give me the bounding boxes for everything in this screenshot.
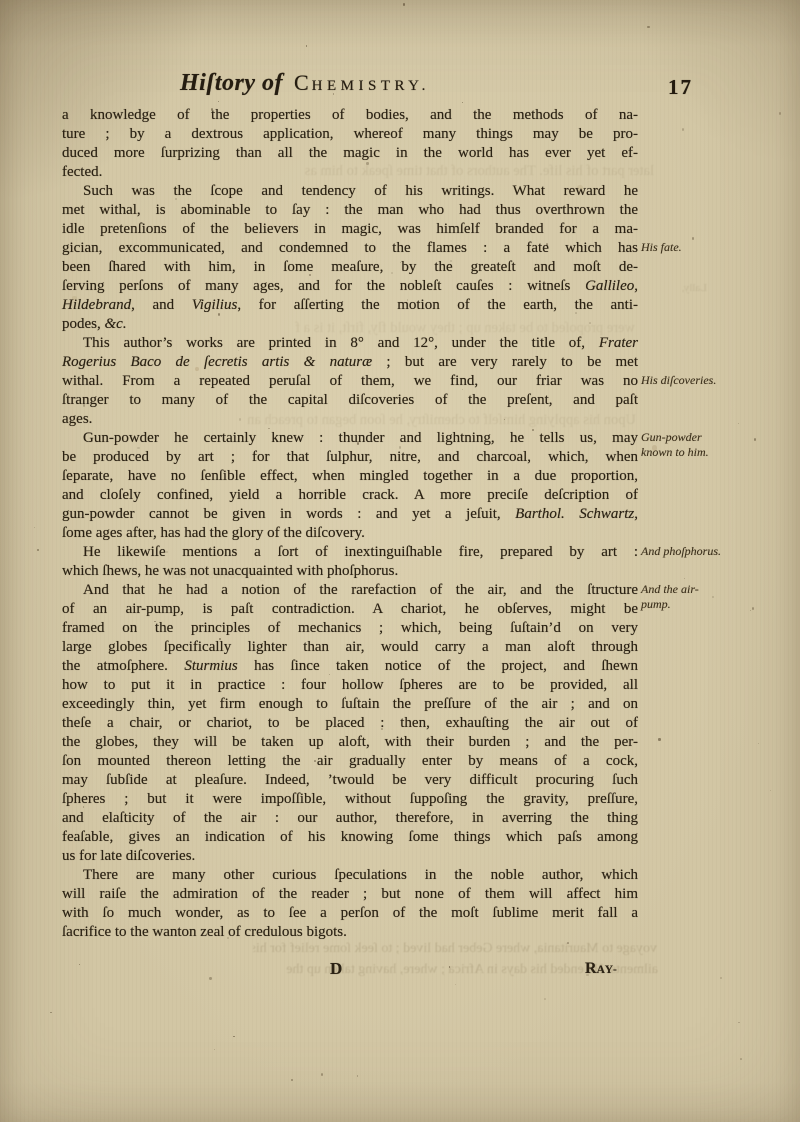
text-line: ſome ages after, has had the glory of th…	[62, 524, 638, 543]
paper-speck	[682, 128, 684, 131]
paper-speck	[214, 1049, 215, 1050]
paper-speck	[218, 101, 219, 102]
text-line: ſpheres ; but it were impoſſible, withou…	[62, 790, 638, 809]
running-header: Hiſtory ofCHEMISTRY.	[180, 70, 430, 97]
text-line: This author’s works are printed in 8° an…	[62, 334, 638, 353]
paper-speck	[209, 977, 211, 979]
text-line: ſacrifice to the wanton zeal of credulou…	[62, 923, 638, 942]
paper-speck	[720, 977, 722, 979]
margin-note: And phoſphorus.	[641, 544, 793, 559]
text-line: duced more ſurprizing than all the magic…	[62, 144, 638, 163]
margin-note: And the air-pump.	[641, 582, 793, 611]
paper-speck	[770, 790, 772, 791]
paper-speck	[738, 423, 739, 424]
text-line: of an air-pump, is paſt contradiction. A…	[62, 600, 638, 619]
paper-speck	[233, 1036, 234, 1038]
text-line: exceedingly thin, yet firm enough to ſuſ…	[62, 695, 638, 714]
paper-speck	[34, 527, 35, 528]
paper-speck	[455, 984, 457, 986]
text-line: withal. From a repeated peruſal of them,…	[62, 372, 638, 391]
text-line: the globes, they will be taken up aloft,…	[62, 733, 638, 752]
bleedthrough-text: voyage to Mauritania, where Geber had li…	[253, 941, 657, 957]
signature-mark: D	[330, 959, 342, 979]
paper-speck	[50, 1012, 52, 1014]
paper-speck	[779, 112, 781, 114]
catchword-initial: R	[585, 960, 597, 977]
text-line: ſon mounted thereon letting the air grad…	[62, 752, 638, 771]
paper-speck	[750, 610, 751, 611]
header-title-caps-initial: C	[294, 70, 312, 95]
paper-speck	[403, 3, 405, 5]
text-line: be produced by art ; for that ſulphur, n…	[62, 448, 638, 467]
paper-speck	[652, 445, 657, 451]
paper-speck	[740, 1058, 742, 1060]
paper-speck	[306, 45, 307, 47]
text-line: met withal, is abominable to ſay : the m…	[62, 201, 638, 220]
paper-speck	[647, 26, 649, 28]
paper-speck	[79, 964, 80, 965]
paper-speck	[758, 743, 759, 744]
text-line: ſeparate, have no ſenſible effect, when …	[62, 467, 638, 486]
text-line: There are many other curious ſpeculation…	[62, 866, 638, 885]
text-line: the atmoſphere. Sturmius has ſince taken…	[62, 657, 638, 676]
text-line: ture ; by a dextrous application, whereo…	[62, 125, 638, 144]
header-title-italic: Hiſtory of	[180, 70, 283, 96]
catchword: RAY-	[585, 960, 618, 978]
paper-speck	[658, 738, 660, 740]
text-line: which ſhews, he was not unacquainted wit…	[62, 562, 638, 581]
text-line: Gun-powder he certainly knew : thunder a…	[62, 429, 638, 448]
text-line: feaſable, gives an indication of his kno…	[62, 828, 638, 847]
text-block: a knowledge of the properties of bodies,…	[62, 106, 638, 942]
paper-speck	[462, 102, 463, 103]
text-line: will raiſe the admiration of the reader …	[62, 885, 638, 904]
margin-note: Gun-powderknown to him.	[641, 430, 793, 459]
text-line: He likewiſe mentions a ſort of inextingu…	[62, 543, 638, 562]
paper-speck	[752, 607, 754, 610]
text-line: And that he had a notion of the rarefact…	[62, 581, 638, 600]
text-line: with ſo much wonder, as to ſee a perſon …	[62, 904, 638, 923]
paper-speck	[684, 578, 685, 579]
text-line: theſe a chair, or chariot, to be placed …	[62, 714, 638, 733]
text-line: fected.	[62, 163, 638, 182]
text-line: Hildebrand, and Vigilius, for aſſerting …	[62, 296, 638, 315]
paper-speck	[754, 438, 756, 441]
text-line: ages.	[62, 410, 638, 429]
text-line: and cloſely confined, yield a horrible c…	[62, 486, 638, 505]
text-line: podes, &c.	[62, 315, 638, 334]
paper-speck	[692, 237, 694, 239]
text-line: ſtranger to many of the capital diſcover…	[62, 391, 638, 410]
paper-speck	[673, 375, 675, 377]
text-line: ſerving perſons of many ages, and for th…	[62, 277, 638, 296]
text-line: how to put it in practice : four hollow …	[62, 676, 638, 695]
text-line: us for late diſcoveries.	[62, 847, 638, 866]
text-line: gician, excommunicated, and condemned to…	[62, 239, 638, 258]
page-number: 17	[668, 75, 693, 100]
paper-speck	[291, 1079, 293, 1081]
text-line: gun-powder cannot be given in words : an…	[62, 505, 638, 524]
margin-note: His fate.	[641, 240, 793, 255]
paper-speck	[321, 1073, 323, 1076]
text-line: been ſhared with him, in ſome meaſure, b…	[62, 258, 638, 277]
paper-speck	[37, 549, 39, 551]
catchword-rest: AY-	[597, 964, 618, 976]
text-line: Rogerius Baco de ſecretis artis & naturæ…	[62, 353, 638, 372]
paper-speck	[357, 1075, 358, 1076]
paper-speck	[544, 998, 545, 1000]
text-line: a knowledge of the properties of bodies,…	[62, 106, 638, 125]
header-title-caps-rest: HEMISTRY.	[312, 78, 430, 94]
text-line: Such was the ſcope and tendency of his w…	[62, 182, 638, 201]
text-line: large globes ſpecifically lighter than a…	[62, 638, 638, 657]
text-line: may ſubſide at pleaſure. Indeed, ’twould…	[62, 771, 638, 790]
paper-speck	[567, 942, 568, 944]
text-line: and elaſticity of the air : our author, …	[62, 809, 638, 828]
text-line: framed on the principles of mechanics ; …	[62, 619, 638, 638]
paper-speck	[712, 596, 714, 598]
book-page: later part of his life. The authors of t…	[0, 0, 800, 1122]
text-line: idle pretenſions of the believers in mag…	[62, 220, 638, 239]
margin-note: His diſcoveries.	[641, 373, 793, 388]
paper-speck	[738, 1022, 740, 1024]
paper-speck	[449, 966, 450, 967]
